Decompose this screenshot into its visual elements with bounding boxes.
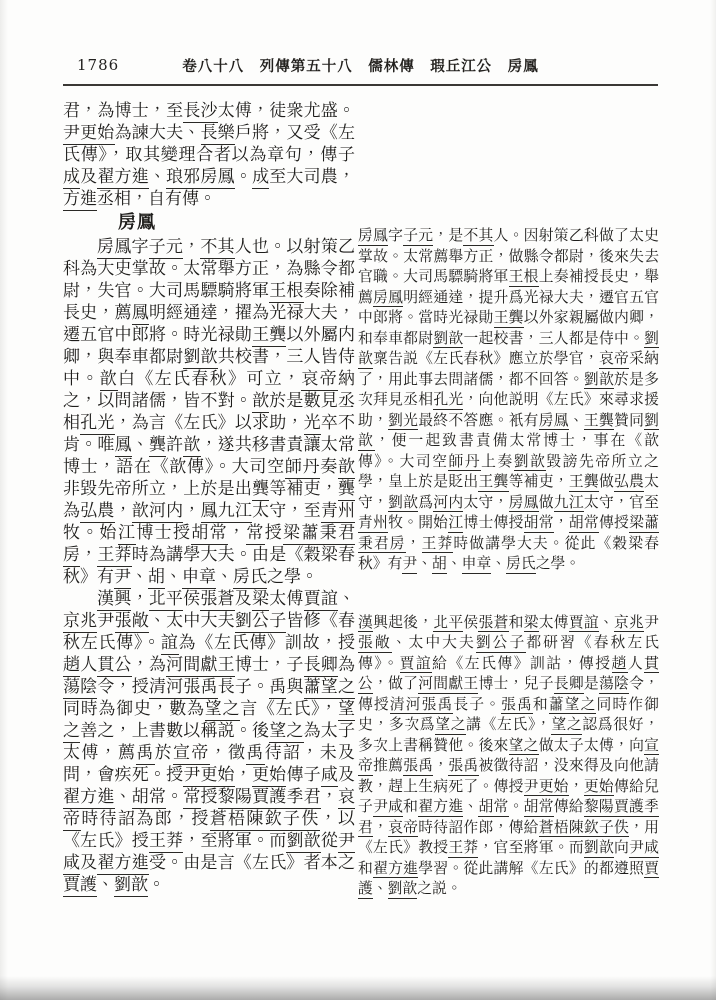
proper-noun: 陳欽: [569, 819, 599, 838]
proper-noun: 更始: [584, 778, 614, 797]
proper-noun: 王莽: [422, 535, 454, 554]
text-run: ，: [321, 787, 338, 807]
proper-noun: 趙: [63, 655, 80, 677]
proper-noun: 蒼梧: [539, 819, 569, 838]
text-run: 和: [509, 614, 524, 631]
proper-noun: 九江: [554, 494, 584, 513]
text-run: ，是: [433, 227, 463, 244]
text-run: 牧。開始: [388, 514, 448, 531]
proper-noun: 子佚: [599, 819, 629, 838]
text-run: 、: [132, 435, 149, 455]
proper-noun: 胡常: [132, 787, 166, 809]
proper-noun: 弘農: [80, 501, 114, 523]
proper-noun: 房鳳: [358, 227, 388, 246]
text-run: 太守，至: [252, 501, 321, 521]
proper-noun: 清河: [149, 677, 183, 699]
header-rule: [63, 84, 658, 86]
text-run: 尹: [644, 614, 659, 631]
proper-noun: 梁: [629, 514, 644, 533]
text-run: 稟告説《左氏春秋》應立於學官，: [373, 350, 599, 367]
proper-noun: 賈護: [614, 798, 644, 817]
text-run: 傳子: [286, 765, 320, 785]
text-run: 講《左氏》，: [466, 716, 551, 733]
text-run: 和: [358, 860, 373, 877]
proper-noun: 禹: [246, 743, 264, 765]
proper-noun: 漢: [358, 614, 373, 633]
text-run: 人: [628, 655, 644, 672]
proper-noun: 賈誼: [304, 589, 338, 611]
proper-noun: 歆: [100, 369, 118, 391]
text-run: 及: [338, 765, 355, 785]
page-header: 1786 卷八十八 列傳第五十八 儒林傳 瑕丘江公 房鳳: [63, 52, 658, 84]
proper-noun: 九江: [218, 501, 252, 523]
proper-noun: 孔光: [433, 391, 463, 410]
proper-noun: 王莽: [97, 545, 131, 567]
proper-noun: 望之: [205, 699, 240, 721]
text-run: ，: [433, 757, 448, 774]
text-run: 同時為御史，數為: [63, 699, 205, 719]
text-run: 、: [97, 875, 114, 895]
text-run: 博士，子: [235, 655, 304, 675]
proper-noun: 尹: [402, 555, 417, 574]
proper-noun: 子佚: [283, 809, 320, 831]
text-run: 、: [131, 567, 148, 587]
text-run: 白《左氏春秋》可立，: [118, 369, 301, 389]
proper-noun: 胡: [148, 567, 165, 589]
proper-noun: 胡常: [191, 523, 228, 545]
proper-noun: 劉歆: [286, 831, 320, 853]
text-run: ，: [569, 778, 584, 795]
proper-noun: 龔: [338, 479, 355, 501]
book-page: 1786 卷八十八 列傳第五十八 儒林傳 瑕丘江公 房鳳 君，為博士，至長沙太傅…: [0, 0, 716, 1000]
proper-noun: 劉歆: [114, 875, 148, 897]
text-run: 、: [569, 412, 584, 429]
text-run: 受。由是言《左氏》者本之: [149, 853, 355, 873]
text-run: ，: [131, 589, 148, 609]
proper-noun: 望之: [509, 737, 539, 756]
proper-noun: 尹更始: [63, 123, 115, 145]
text-run: 太傅: [269, 589, 303, 609]
proper-noun: 劉公子: [476, 634, 527, 653]
text-run: 與: [286, 677, 303, 697]
proper-noun: 方進: [63, 189, 97, 211]
proper-noun: 江: [118, 523, 136, 545]
text-run: 之學。: [536, 555, 580, 572]
text-run: 丞相，自有傳。: [97, 189, 216, 209]
text-run: 授: [201, 787, 218, 807]
text-run: 做: [599, 473, 614, 490]
text-run: 侯: [463, 614, 478, 631]
proper-noun: 蕭望之: [304, 677, 355, 699]
text-run: 時待詔為郎，授: [81, 809, 209, 829]
proper-noun: 房鳳: [373, 289, 403, 308]
text-run: 等補吏，: [509, 473, 569, 490]
text-run: 等補吏，: [269, 479, 338, 499]
proper-noun: 王根: [509, 268, 539, 287]
proper-noun: 房氏: [506, 555, 536, 574]
text-run: 爲: [418, 494, 433, 511]
proper-noun: 王根: [269, 281, 303, 303]
proper-noun: 房鳳: [509, 494, 539, 513]
proper-noun: 蕭望之: [549, 696, 597, 715]
paragraph: 漢興，北平侯張蒼及梁太傅賈誼、京兆尹張敞、太中大夫劉公子皆修《春秋左氏傳》。誼為…: [63, 588, 355, 896]
proper-noun: 青州: [321, 501, 355, 523]
text-run: 贊同: [614, 412, 644, 429]
text-run: ，: [228, 523, 246, 543]
proper-noun: 北平: [149, 589, 183, 611]
text-run: 奏: [320, 457, 338, 477]
proper-noun: 子元: [403, 227, 433, 246]
text-run: 。: [509, 798, 524, 815]
proper-noun: 翟方進: [63, 787, 115, 809]
text-run: 博士授: [136, 523, 191, 543]
proper-noun: 宣帝: [173, 743, 210, 765]
proper-noun: 張禹: [422, 696, 454, 715]
text-run: 、: [491, 555, 506, 572]
proper-noun: 成: [252, 167, 269, 189]
proper-noun: 京兆: [63, 611, 97, 633]
text-run: ，: [80, 545, 97, 565]
proper-noun: 師丹: [448, 453, 481, 472]
proper-noun: 王龔: [252, 325, 286, 347]
text-run: 博士傳授: [463, 514, 523, 531]
proper-noun: 歆: [338, 457, 355, 479]
proper-noun: 劉歆: [584, 371, 614, 390]
proper-noun: 京兆: [614, 614, 644, 633]
paragraph: 房鳳字子元，不其人也。以射策乙科為大史掌故。太常舉方正，為縣令都尉，失官。大司馬…: [63, 236, 355, 588]
proper-noun: 梁: [252, 589, 269, 611]
text-run: 做: [539, 494, 554, 511]
proper-noun: 賈誼: [569, 614, 599, 633]
text-run: 太守，官至: [584, 494, 659, 511]
text-run: ，徵: [210, 743, 247, 763]
proper-noun: 河間獻王: [418, 675, 478, 694]
proper-noun: 劉歆: [433, 330, 463, 349]
text-run: ，: [235, 765, 252, 785]
proper-noun: 歆: [183, 435, 200, 457]
proper-noun: 黎陽: [584, 798, 614, 817]
proper-noun: 龔: [149, 435, 166, 457]
proper-noun: 貫公: [97, 655, 131, 677]
text-run: 房鳳: [118, 212, 156, 233]
proper-noun: 張蒼: [200, 589, 234, 611]
text-run: 、: [373, 880, 388, 897]
proper-noun: 梁: [524, 614, 539, 633]
proper-noun: 申章: [462, 555, 492, 574]
proper-noun: 劉公子: [235, 611, 287, 633]
right-column-translation-text: 房鳳字子元，是不其人。因射策乙科做了太史掌故。太常薦舉方正，做縣令都尉，後來失去…: [358, 226, 659, 900]
proper-noun: 蕩陰: [599, 675, 629, 694]
proper-noun: 王龔: [494, 309, 524, 328]
text-run: 及: [80, 853, 97, 873]
proper-noun: 漢興: [97, 589, 131, 611]
text-run: ，做了: [373, 675, 418, 692]
proper-noun: 長樂: [201, 123, 235, 145]
text-run: ，: [406, 535, 422, 552]
text-run: 、太中大夫: [149, 611, 235, 631]
proper-noun: 哀帝: [301, 369, 338, 391]
proper-noun: 歆: [132, 501, 149, 523]
left-column-classical-text: 君，為博士，至長沙太傅，徒衆尤盛。尹更始為諫大夫、長樂户將，又受《左氏傳》，取其…: [63, 100, 355, 896]
paragraph: 漢興起後，北平侯張蒼和梁太傅賈誼、京兆尹張敞、太中大夫劉公子都研習《春秋左氏傳》…: [358, 613, 659, 900]
text-run: 善之，上書數以稱説。後: [80, 721, 269, 741]
scan-shadow-bottom: [0, 976, 716, 1000]
proper-noun: 房鳳: [97, 237, 131, 259]
proper-noun: 翟方進: [97, 853, 149, 875]
proper-noun: 蒼梧: [210, 809, 247, 831]
proper-noun: 河内: [433, 494, 463, 513]
proper-noun: 蕭秉: [301, 523, 338, 545]
proper-noun: 河内: [149, 501, 183, 523]
proper-noun: 子元: [149, 237, 183, 259]
proper-noun: 尹: [114, 567, 131, 589]
proper-noun: 房鳳: [201, 167, 235, 189]
proper-noun: 河間獻王: [166, 655, 235, 677]
text-run: 學習。從此講解《左氏》的都遵照: [418, 860, 644, 877]
text-run: 為: [338, 655, 355, 675]
text-run: 、: [165, 567, 182, 587]
text-run: 、: [447, 555, 462, 572]
proper-noun: 房鳳: [539, 412, 569, 431]
text-run: 、: [417, 555, 432, 572]
text-run: ，: [183, 237, 200, 257]
text-run: 之説。: [417, 880, 461, 897]
proper-noun: 王龔: [584, 412, 614, 431]
text-run: 、: [463, 798, 478, 815]
text-run: 上奏: [481, 453, 514, 470]
text-run: 之學。: [267, 567, 318, 587]
text-run: 為《左氏傳》訓故，授: [179, 633, 355, 653]
proper-noun: 翟方進: [418, 798, 463, 817]
text-run: 、: [599, 614, 614, 631]
proper-noun: 青州: [358, 514, 388, 533]
text-run: 。: [235, 167, 252, 187]
text-run: 、太中大夫: [392, 634, 476, 651]
proper-noun: 哀帝: [599, 350, 629, 369]
text-run: 一起校書，三人都是侍中。: [463, 330, 644, 347]
proper-noun: 房氏: [233, 567, 267, 589]
text-run: 最終不答應。衹有: [418, 412, 538, 429]
proper-noun: 禹: [136, 743, 154, 765]
proper-noun: 賈護: [252, 787, 286, 809]
scan-shadow-left: [0, 0, 8, 1000]
proper-noun: 孔光: [80, 413, 114, 435]
text-run: 授: [265, 523, 283, 543]
proper-noun: 望之: [435, 716, 466, 735]
text-run: 、: [115, 787, 132, 807]
proper-noun: 劉光: [388, 412, 418, 431]
proper-noun: 張敞: [115, 611, 149, 633]
text-run: 。: [148, 875, 165, 895]
text-run: 從: [321, 831, 338, 851]
proper-noun: 翟方進: [373, 860, 418, 879]
proper-noun: 張禹: [501, 696, 533, 715]
proper-noun: 鳳: [115, 435, 132, 457]
proper-noun: 長卿: [304, 655, 338, 677]
proper-noun: 張禹: [183, 677, 217, 699]
proper-noun: 江: [448, 514, 463, 533]
text-run: 和: [403, 798, 418, 815]
text-run: 、: [149, 167, 166, 187]
paragraph: 君，為博士，至長沙太傅，徒衆尤盛。尹更始為諫大夫、長樂户將，又受《左氏傳》，取其…: [63, 100, 355, 210]
text-run: 是: [584, 675, 599, 692]
proper-noun: 趙: [612, 655, 628, 674]
text-run: 向: [614, 839, 629, 856]
proper-noun: 劉歆: [388, 494, 418, 513]
text-run: 為諫大夫、: [115, 123, 201, 143]
proper-noun: 長沙: [183, 101, 217, 123]
proper-noun: 禹: [269, 677, 286, 699]
text-run: 非毀先帝所立，上於是出: [63, 479, 252, 499]
text-run: 字: [131, 237, 148, 257]
text-run: 、: [338, 589, 355, 609]
text-run: ，為言《左氏》以求助，: [115, 413, 304, 433]
proper-noun: 翟方進: [97, 167, 149, 189]
text-run: 和: [533, 696, 549, 713]
proper-noun: 胡常: [524, 798, 554, 817]
text-run: 尹: [97, 611, 114, 631]
proper-noun: 張禹: [403, 757, 433, 776]
proper-noun: 成: [63, 167, 80, 189]
text-run: 太守，: [463, 494, 508, 511]
text-run: ，: [115, 501, 132, 521]
proper-noun: 申章: [182, 567, 216, 589]
text-run: 、: [216, 567, 233, 587]
proper-noun: 賈誼: [400, 655, 433, 674]
text-run: 傳授: [599, 514, 629, 531]
text-run: 令，授: [97, 677, 149, 697]
proper-noun: 師丹: [285, 457, 320, 479]
proper-noun: 琅邪: [166, 167, 200, 189]
proper-noun: 胡: [432, 555, 447, 574]
text-run: 至大司農，: [269, 167, 355, 187]
text-run: 許: [166, 435, 183, 455]
text-run: ，: [554, 514, 569, 531]
proper-noun: 王莽: [448, 839, 478, 858]
proper-noun: 王莽: [149, 831, 183, 853]
paragraph: 房鳳字子元，是不其人。因射策乙科做了太史掌故。太常薦舉方正，做縣令都尉，後來失去…: [358, 226, 659, 575]
text-run: 太傅，徒衆尤盛。: [218, 101, 355, 121]
proper-noun: 尹咸: [629, 839, 659, 858]
proper-noun: 張蒼: [478, 614, 508, 633]
proper-noun: 賈護: [63, 875, 97, 897]
proper-noun: 歆: [252, 391, 269, 413]
text-run: 長子。: [218, 677, 270, 697]
proper-noun: 清河: [390, 696, 422, 715]
proper-noun: 常: [183, 787, 200, 809]
proper-noun: 龔: [252, 479, 269, 501]
proper-noun: 北平: [433, 614, 463, 633]
text-run: 給《左氏傳》訓詁，傳授: [432, 655, 611, 672]
proper-noun: 光: [304, 413, 321, 435]
text-run: ，至將軍。而: [183, 831, 286, 851]
text-run: 及: [235, 589, 252, 609]
proper-noun: 不其: [200, 237, 234, 259]
proper-noun: 常: [246, 523, 264, 545]
text-run: 傳給: [554, 798, 584, 815]
text-run: ，: [373, 819, 388, 836]
text-run: 牧。始: [63, 523, 118, 543]
proper-noun: 鳳: [132, 303, 149, 325]
text-run: 言《左氏》，: [240, 699, 338, 719]
section-heading: 房鳳: [63, 210, 355, 236]
proper-noun: 弘農: [614, 473, 644, 492]
proper-noun: 胡常: [478, 798, 508, 817]
text-run: 興起後，: [373, 614, 433, 631]
text-run: 字: [388, 227, 403, 244]
proper-noun: 更始: [252, 765, 286, 787]
scan-shadow-right: [710, 0, 716, 1000]
proper-noun: 胡常: [569, 514, 599, 533]
proper-noun: 蕩陰: [63, 677, 97, 699]
text-run: 於: [155, 743, 173, 763]
proper-noun: 君房: [374, 535, 406, 554]
proper-noun: 尹咸: [373, 798, 403, 817]
proper-noun: 尹更始: [524, 778, 569, 797]
text-run: 君，為博士，至: [63, 101, 183, 121]
text-run: ，: [183, 501, 200, 521]
proper-noun: 王龔: [569, 473, 599, 492]
text-run: 為: [63, 501, 80, 521]
running-header-title: 卷八十八 列傳第五十八 儒林傳 瑕丘江公 房鳳: [63, 55, 658, 76]
proper-noun: 哀帝: [388, 819, 418, 838]
proper-noun: 咸: [321, 765, 338, 787]
text-run: 及: [80, 167, 97, 187]
text-run: 博士，兒子: [478, 675, 553, 692]
proper-noun: 誼: [161, 633, 179, 655]
text-run: 長子。: [453, 696, 501, 713]
proper-noun: 張敞: [358, 634, 392, 653]
text-run: 推薦: [373, 757, 403, 774]
proper-noun: 胡常: [524, 514, 554, 533]
proper-noun: 長卿: [554, 675, 584, 694]
proper-noun: 王龔: [478, 473, 508, 492]
proper-noun: 梁: [283, 523, 301, 545]
text-run: 人: [80, 655, 97, 675]
text-run: 。: [166, 787, 183, 807]
text-run: ，官至將軍。而: [478, 839, 583, 856]
text-run: 時待詔作郎，傳給: [418, 819, 538, 836]
text-run: 太傅: [539, 614, 569, 631]
proper-noun: 劉歆: [183, 347, 217, 369]
proper-noun: 季君: [286, 787, 320, 809]
proper-noun: 劉歆: [584, 839, 614, 858]
proper-noun: 張禹: [448, 757, 478, 776]
proper-noun: 望之: [551, 716, 582, 735]
text-run: 侯: [183, 589, 200, 609]
text-run: ，為: [132, 655, 166, 675]
proper-noun: 鳳: [201, 501, 218, 523]
text-run: 做太子太傅，向: [539, 737, 644, 754]
proper-noun: 尹更始: [183, 765, 235, 787]
proper-noun: 劉歆: [388, 880, 418, 899]
proper-noun: 黎陽: [218, 787, 252, 809]
proper-noun: 陳欽: [246, 809, 283, 831]
proper-noun: 劉歆: [514, 453, 547, 472]
proper-noun: 望之: [269, 721, 303, 743]
proper-noun: 不其: [463, 227, 493, 246]
